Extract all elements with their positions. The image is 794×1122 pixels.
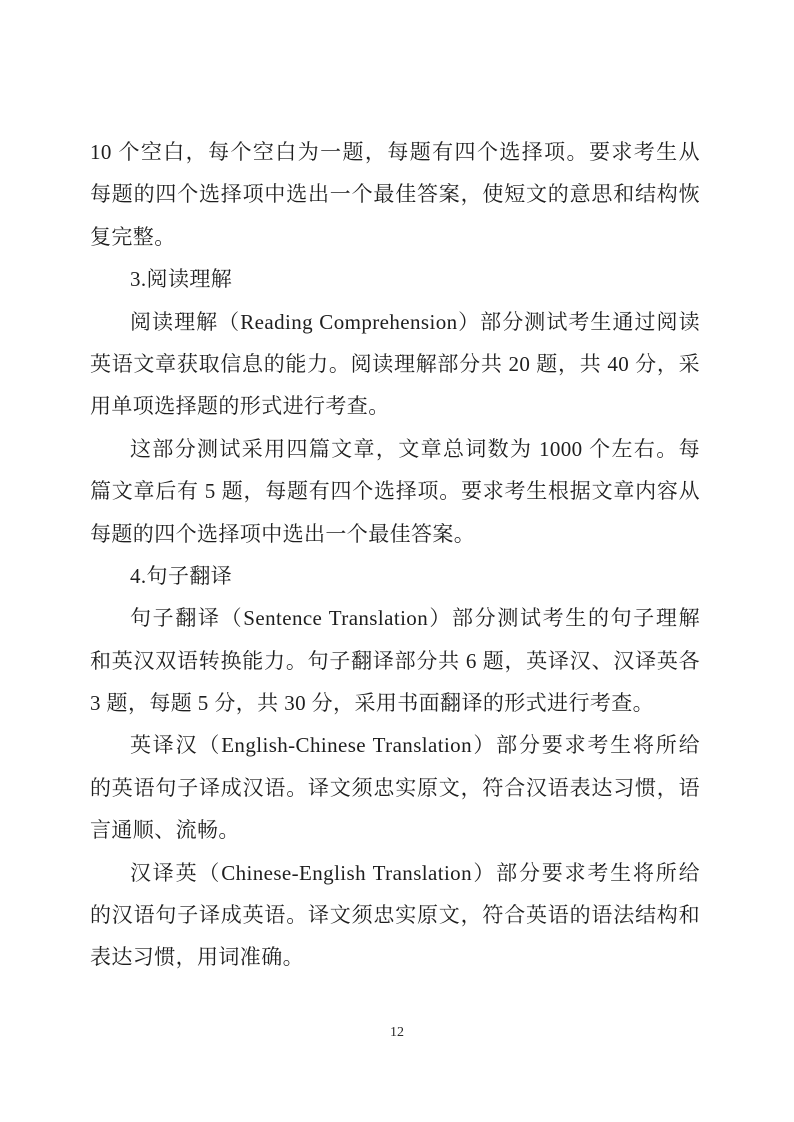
text-line: 这部分测试采用四篇文章，文章总词数为 1000 个左右。每 xyxy=(90,428,700,470)
text-line: 言通顺、流畅。 xyxy=(90,809,700,851)
text-line: 每题的四个选择项中选出一个最佳答案，使短文的意思和结构恢 xyxy=(90,173,700,215)
text-line: 表达习惯，用词准确。 xyxy=(90,936,700,978)
text-line: 和英汉双语转换能力。句子翻译部分共 6 题，英译汉、汉译英各 xyxy=(90,640,700,682)
text-line: 句子翻译（Sentence Translation）部分测试考生的句子理解 xyxy=(90,597,700,639)
text-line: 汉译英（Chinese-English Translation）部分要求考生将所… xyxy=(90,852,700,894)
text-line: 阅读理解（Reading Comprehension）部分测试考生通过阅读 xyxy=(90,301,700,343)
document-body: 10 个空白，每个空白为一题，每题有四个选择项。要求考生从 每题的四个选择项中选… xyxy=(90,131,700,979)
page-number: 12 xyxy=(390,1025,404,1040)
text-line: 用单项选择题的形式进行考查。 xyxy=(90,385,700,427)
document-page: 10 个空白，每个空白为一题，每题有四个选择项。要求考生从 每题的四个选择项中选… xyxy=(0,0,794,1122)
text-line: 的汉语句子译成英语。译文须忠实原文，符合英语的语法结构和 xyxy=(90,894,700,936)
text-line: 英译汉（English-Chinese Translation）部分要求考生将所… xyxy=(90,724,700,766)
text-line: 篇文章后有 5 题，每题有四个选择项。要求考生根据文章内容从 xyxy=(90,470,700,512)
text-line: 的英语句子译成汉语。译文须忠实原文，符合汉语表达习惯，语 xyxy=(90,767,700,809)
section-heading: 3.阅读理解 xyxy=(90,258,700,300)
text-line: 每题的四个选择项中选出一个最佳答案。 xyxy=(90,513,700,555)
text-line: 3 题，每题 5 分，共 30 分，采用书面翻译的形式进行考查。 xyxy=(90,682,700,724)
text-line: 10 个空白，每个空白为一题，每题有四个选择项。要求考生从 xyxy=(90,131,700,173)
text-line: 复完整。 xyxy=(90,216,700,258)
text-line: 英语文章获取信息的能力。阅读理解部分共 20 题，共 40 分，采 xyxy=(90,343,700,385)
page-footer: 12 xyxy=(0,1023,794,1041)
section-heading: 4.句子翻译 xyxy=(90,555,700,597)
